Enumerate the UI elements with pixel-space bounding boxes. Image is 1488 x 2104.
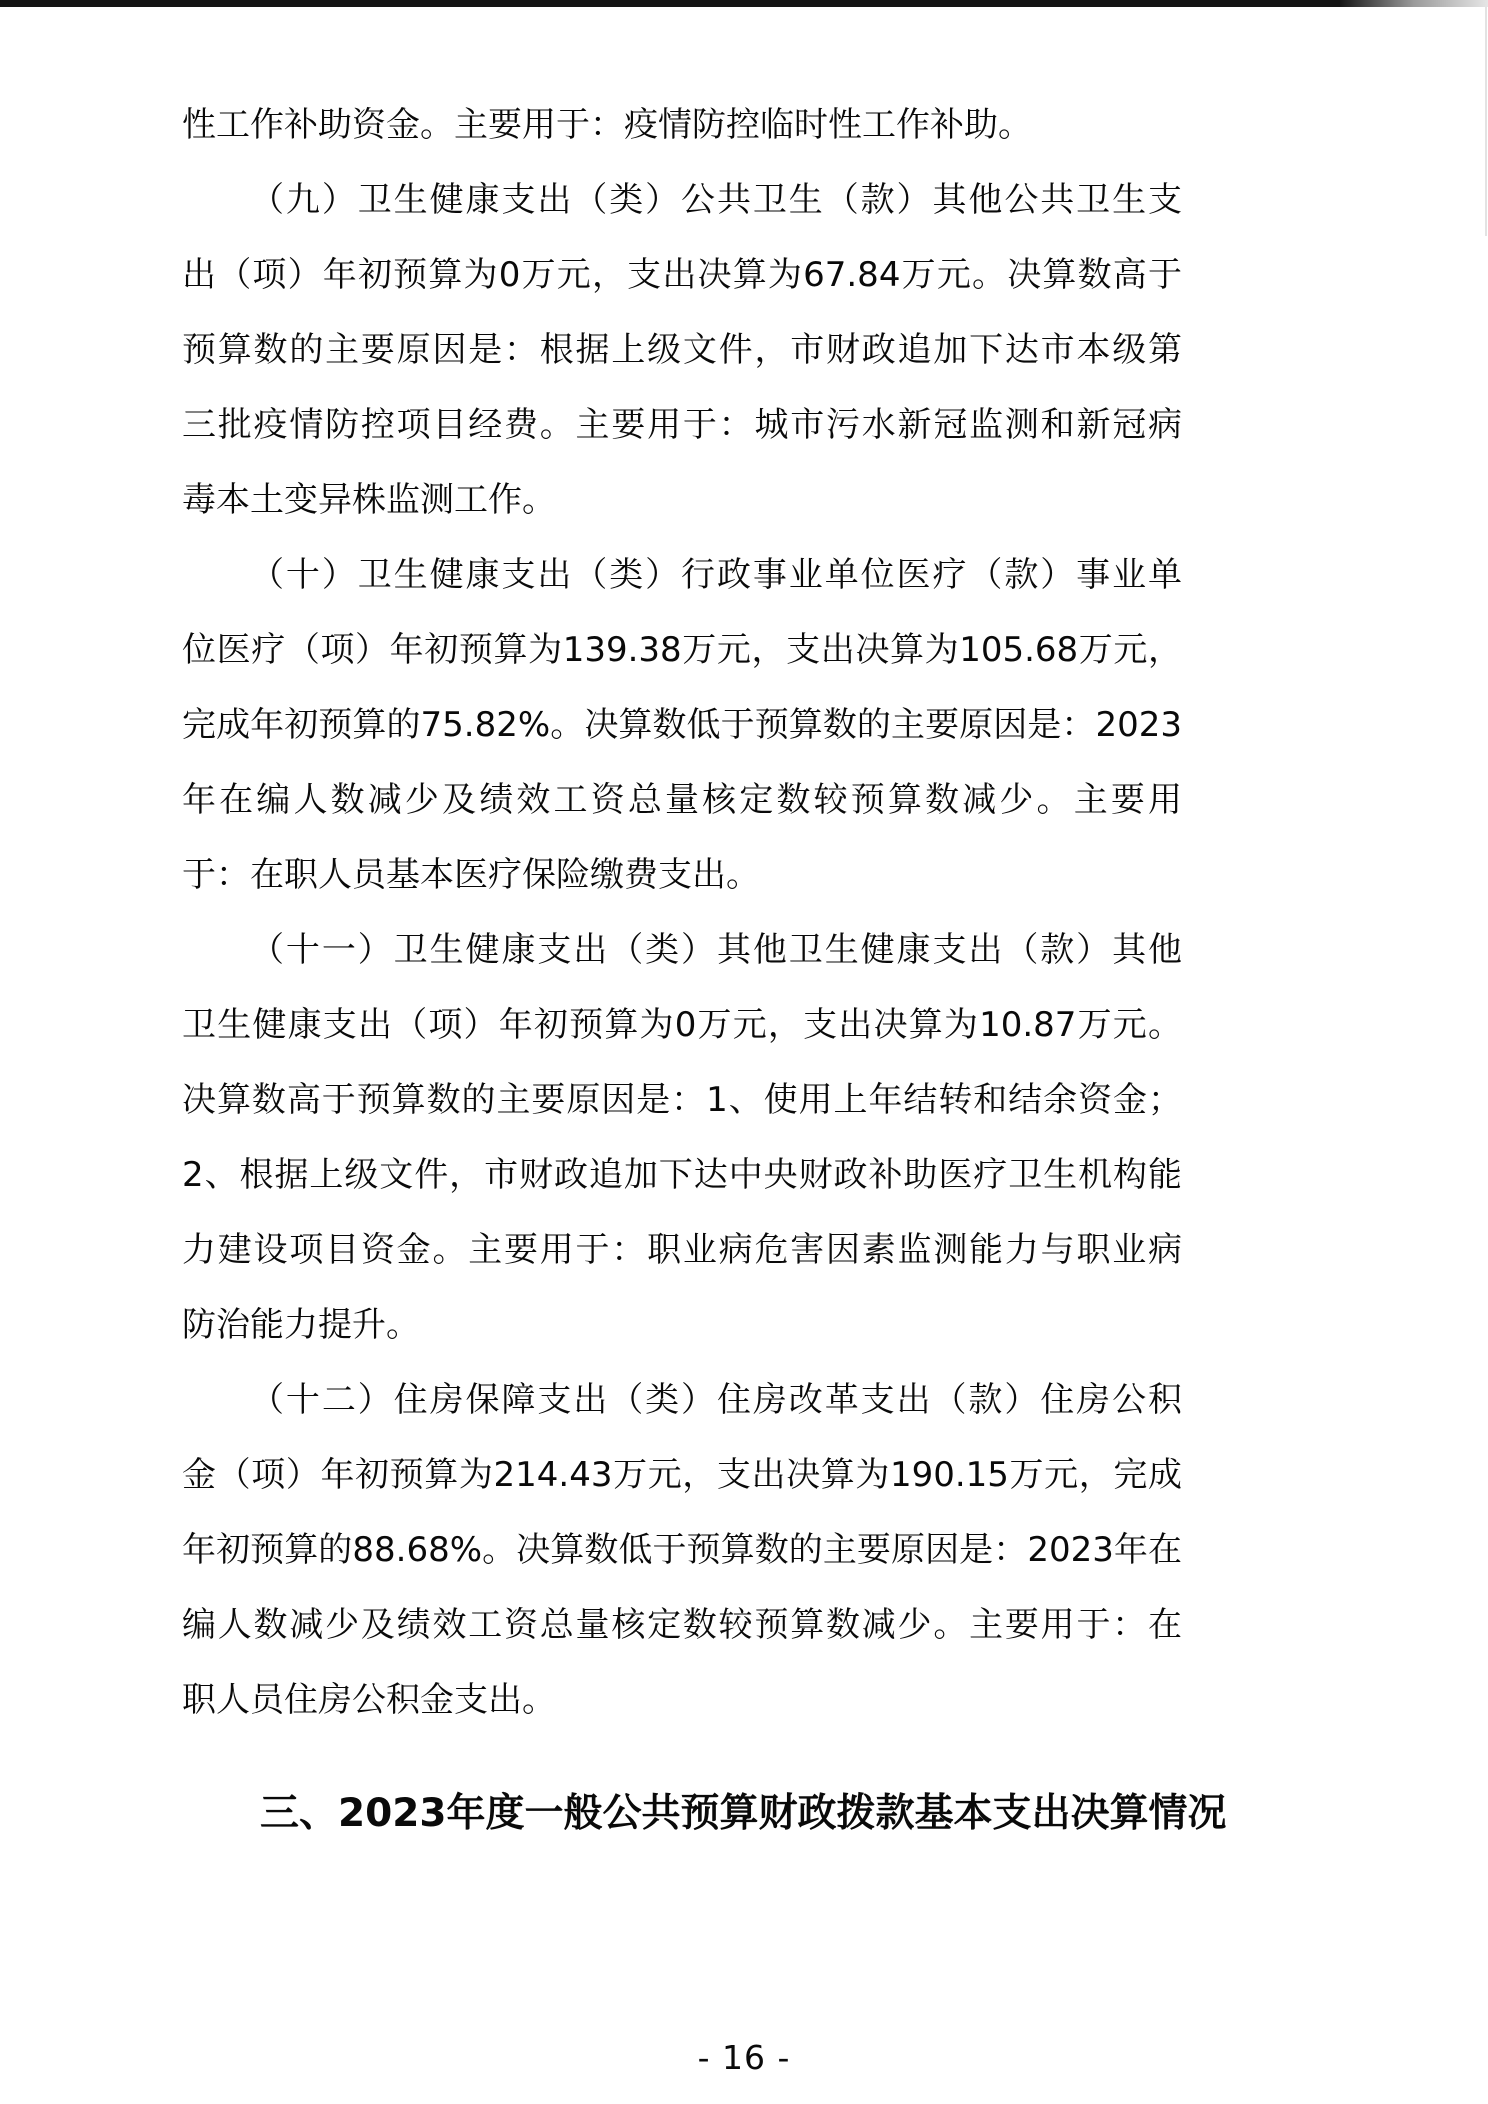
text-line: （十一）卫生健康支出（类）其他卫生健康支出（款）其他 (182, 913, 1182, 988)
text-line: 毒本土变异株监测工作。 (182, 463, 1182, 538)
text-line: 职人员住房公积金支出。 (182, 1663, 1182, 1738)
text-line: 完成年初预算的75.82%。决算数低于预算数的主要原因是：2023 (182, 688, 1182, 763)
document-page: 性工作补助资金。主要用于：疫情防控临时性工作补助。（九）卫生健康支出（类）公共卫… (0, 0, 1488, 2104)
text-line: 决算数高于预算数的主要原因是：1、使用上年结转和结余资金； (182, 1063, 1182, 1138)
text-line: 三批疫情防控项目经费。主要用于：城市污水新冠监测和新冠病 (182, 388, 1182, 463)
text-line: 位医疗（项）年初预算为139.38万元，支出决算为105.68万元， (182, 613, 1182, 688)
text-line: 卫生健康支出（项）年初预算为0万元，支出决算为10.87万元。 (182, 988, 1182, 1063)
text-line: 性工作补助资金。主要用于：疫情防控临时性工作补助。 (182, 88, 1182, 163)
text-line: （十）卫生健康支出（类）行政事业单位医疗（款）事业单 (182, 538, 1182, 613)
section-heading: 三、2023年度一般公共预算财政拨款基本支出决算情况 (182, 1776, 1182, 1851)
text-line: （十二）住房保障支出（类）住房改革支出（款）住房公积 (182, 1363, 1182, 1438)
scan-artifact-top-bar (0, 0, 1488, 7)
text-line: 年初预算的88.68%。决算数低于预算数的主要原因是：2023年在 (182, 1513, 1182, 1588)
text-line: 年在编人数减少及绩效工资总量核定数较预算数减少。主要用 (182, 763, 1182, 838)
scan-artifact-right-edge (1485, 6, 1487, 236)
text-line: （九）卫生健康支出（类）公共卫生（款）其他公共卫生支 (182, 163, 1182, 238)
text-line: 编人数减少及绩效工资总量核定数较预算数减少。主要用于：在 (182, 1588, 1182, 1663)
text-line: 金（项）年初预算为214.43万元，支出决算为190.15万元，完成 (182, 1438, 1182, 1513)
text-line: 出（项）年初预算为0万元，支出决算为67.84万元。决算数高于 (182, 238, 1182, 313)
text-line: 2、根据上级文件，市财政追加下达中央财政补助医疗卫生机构能 (182, 1138, 1182, 1213)
text-line: 于：在职人员基本医疗保险缴费支出。 (182, 838, 1182, 913)
text-line: 力建设项目资金。主要用于：职业病危害因素监测能力与职业病 (182, 1213, 1182, 1288)
text-line: 防治能力提升。 (182, 1288, 1182, 1363)
text-line: 预算数的主要原因是：根据上级文件，市财政追加下达市本级第 (182, 313, 1182, 388)
page-number: - 16 - (0, 2038, 1488, 2077)
document-body: 性工作补助资金。主要用于：疫情防控临时性工作补助。（九）卫生健康支出（类）公共卫… (182, 88, 1182, 1851)
